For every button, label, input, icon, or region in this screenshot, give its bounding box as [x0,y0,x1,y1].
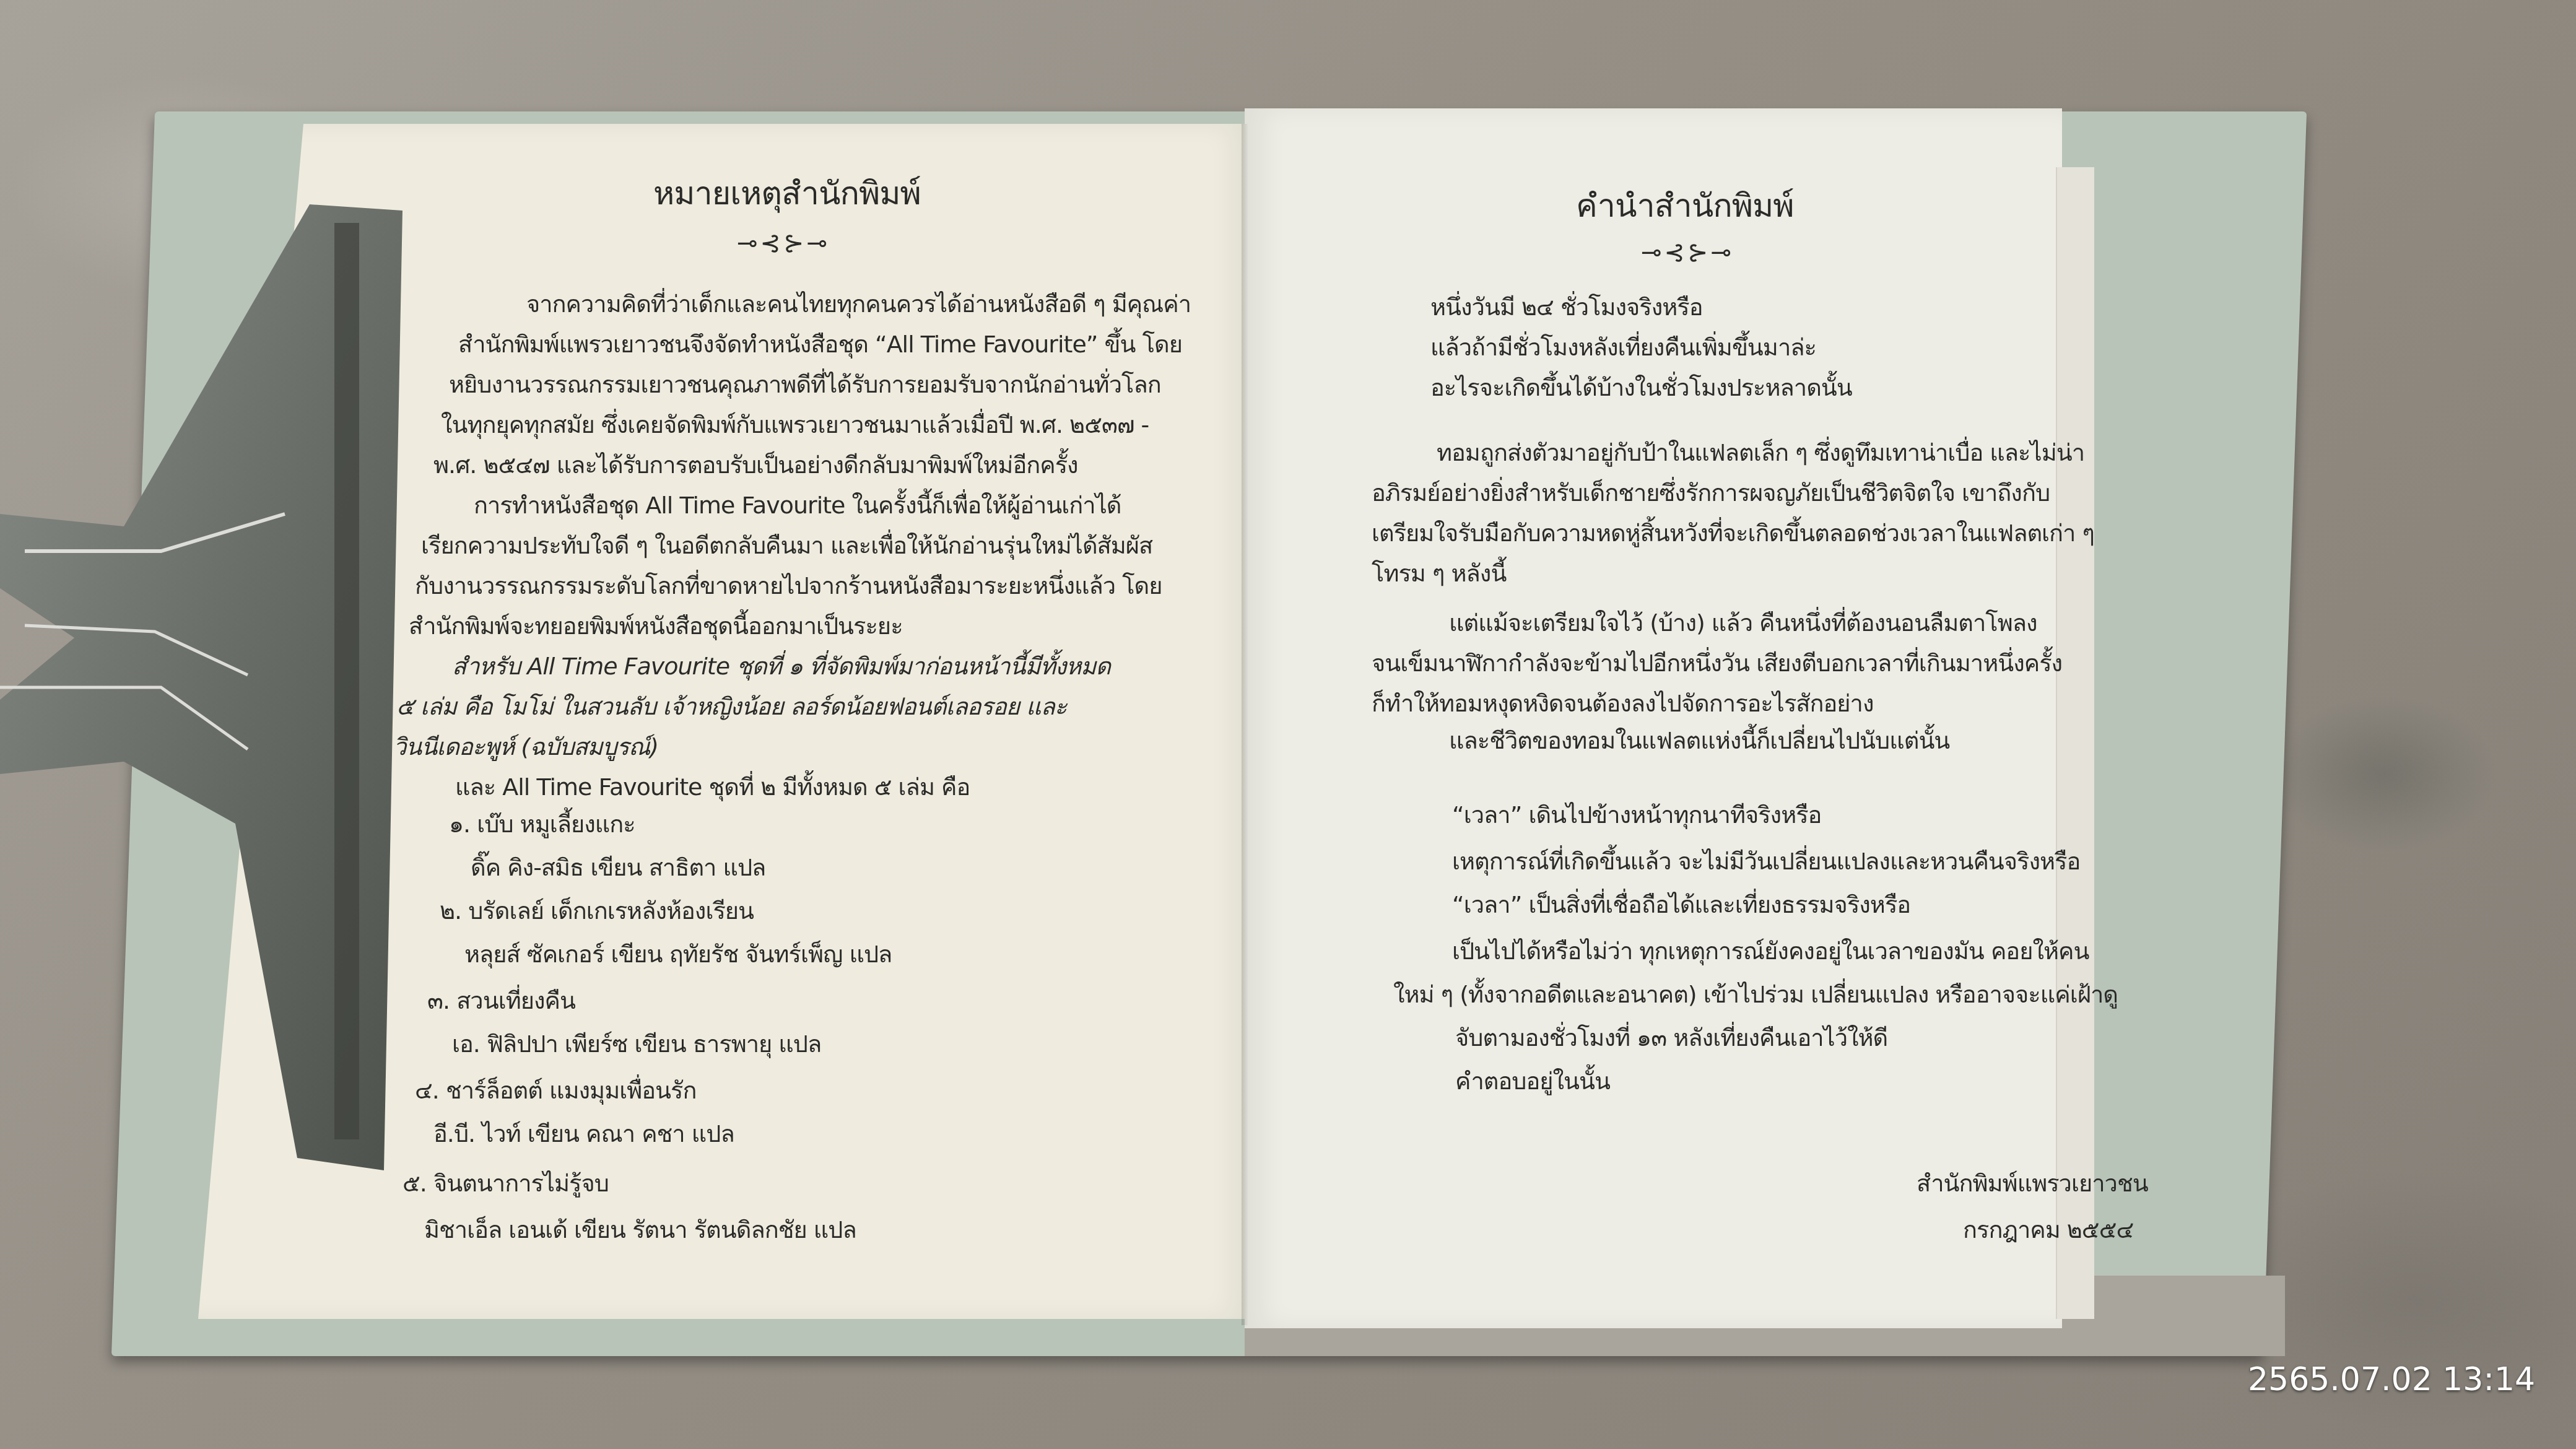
book-list-credit: อี.บี. ไวท์ เขียน คณา คชา แปล [433,1115,734,1152]
right-intro-line: อะไรจะเกิดขึ้นได้บ้างในชั่วโมงประหลาดนั้… [1430,368,1852,406]
left-line: สำหรับ All Time Favourite ชุดที่ ๑ ที่จั… [452,647,1110,685]
right-page-title: คำนำสำนักพิมพ์ [1576,180,1794,231]
ornament-divider-icon: ⊸⊰⊱⊸ [737,229,830,258]
book-list-title: ๔. ชาร์ล็อตต์ แมงมุมเพื่อนรัก [415,1071,696,1109]
left-line: สำนักพิมพ์จะทยอยพิมพ์หนังสือชุดนี้ออกมาเ… [409,607,903,645]
book-list-credit: หลุยส์ ซัคเกอร์ เขียน ฤทัยรัช จันทร์เพ็ญ… [464,935,892,973]
left-line: ๕ เล่ม คือ โมโม่ ในสวนลับ เจ้าหญิงน้อย ล… [396,687,1066,725]
right-line: อภิรมย์อย่างยิ่งสำหรับเด็กชายซึ่งรักการผ… [1372,474,2050,511]
left-line: เรียกความประทับใจดี ๆ ในอดีตกลับคืนมา แล… [421,526,1152,564]
right-line: ใหม่ ๆ (ทั้งจากอดีตและอนาคต) เข้าไปร่วม … [1393,975,2118,1013]
left-line: ในทุกยุคทุกสมัย ซึ่งเคยจัดพิมพ์กับแพรวเย… [441,406,1149,443]
left-line: สำนักพิมพ์แพรวเยาวชนจึงจัดทำหนังสือชุด “… [458,325,1182,363]
book-list-title: ๒. บรัดเลย์ เด็กเกเรหลังห้องเรียน [440,892,754,929]
right-question: “เวลา” เดินไปข้างหน้าทุกนาทีจริงหรือ [1452,796,1821,833]
right-line: ทอมถูกส่งตัวมาอยู่กับป้าในแฟลตเล็ก ๆ ซึ่… [1437,433,2084,471]
book-gutter [1242,124,1248,1325]
left-line: และ All Time Favourite ชุดที่ ๒ มีทั้งหม… [455,768,970,806]
ornament-divider-icon: ⊸⊰⊱⊸ [1641,238,1734,267]
right-intro-line: แล้วถ้ามีชั่วโมงหลังเที่ยงคืนเพิ่มขึ้นมา… [1430,328,1816,366]
book-list-title: ๕. จินตนาการไม่รู้จบ [402,1164,609,1202]
publisher-signature: สำนักพิมพ์แพรวเยาวชน [1917,1164,2148,1202]
left-page-title: หมายเหตุสำนักพิมพ์ [653,167,921,219]
left-line: การทำหนังสือชุด All Time Favourite ในครั… [474,486,1121,524]
right-line: ก็ทำให้ทอมหงุดหงิดจนต้องลงไปจัดการอะไรสั… [1372,684,1874,722]
right-question: เหตุการณ์ที่เกิดขึ้นแล้ว จะไม่มีวันเปลี่… [1452,842,2080,880]
right-line: คำตอบอยู่ในนั้น [1455,1062,1610,1100]
right-line: จนเข็มนาฬิกากำลังจะข้ามไปอีกหนึ่งวัน เสี… [1372,644,2062,682]
right-line: เป็นไปได้หรือไม่ว่า ทุกเหตุการณ์ยังคงอยู… [1452,932,2089,970]
left-line: กับงานวรรณกรรมระดับโลกที่ขาดหายไปจากร้าน… [415,567,1162,604]
right-page-edge [2056,167,2094,1319]
right-line: โทรม ๆ หลังนี้ [1372,554,1506,592]
book-list-credit: มิชาเอ็ล เอนเด้ เขียน รัตนา รัตนดิลกชัย … [424,1211,856,1248]
book-list-credit: เอ. ฟิลิปปา เพียร์ซ เขียน ธารพายุ แปล [452,1025,821,1063]
right-intro-line: หนึ่งวันมี ๒๔ ชั่วโมงจริงหรือ [1430,288,1703,326]
right-line: แต่แม้จะเตรียมใจไว้ (บ้าง) แล้ว คืนหนึ่ง… [1449,604,2037,642]
right-line: จับตามองชั่วโมงที่ ๑๓ หลังเที่ยงคืนเอาไว… [1455,1019,1887,1056]
right-line: และชีวิตของทอมในแฟลตแห่งนี้ก็เปลี่ยนไปนั… [1449,721,1949,759]
right-question: “เวลา” เป็นสิ่งที่เชื่อถือได้และเที่ยงธร… [1452,885,1910,923]
photo-timestamp: 2565.07.02 13:14 [2248,1361,2535,1398]
right-line: เตรียมใจรับมือกับความหดหู่สิ้นหวังที่จะเ… [1372,514,2094,552]
book-list-credit: ดิ๊ค คิง-สมิธ เขียน สาธิตา แปล [471,848,765,886]
metal-clip [0,204,409,1170]
left-line: พ.ศ. ๒๕๔๗ และได้รับการตอบรับเป็นอย่างดีก… [433,446,1078,484]
publisher-date: กรกฎาคม ๒๕๕๔ [1963,1211,2133,1248]
left-line: จากความคิดที่ว่าเด็กและคนไทยทุกคนควรได้อ… [526,285,1191,323]
left-line: วินนีเดอะพูห์ (ฉบับสมบูรณ์) [393,728,658,765]
book-list-title: ๓. สวนเที่ยงคืน [427,981,575,1019]
left-line: หยิบงานวรรณกรรมเยาวชนคุณภาพดีที่ได้รับกา… [449,365,1161,403]
book-list-title: ๑. เบ๊บ หมูเลี้ยงแกะ [449,805,635,843]
